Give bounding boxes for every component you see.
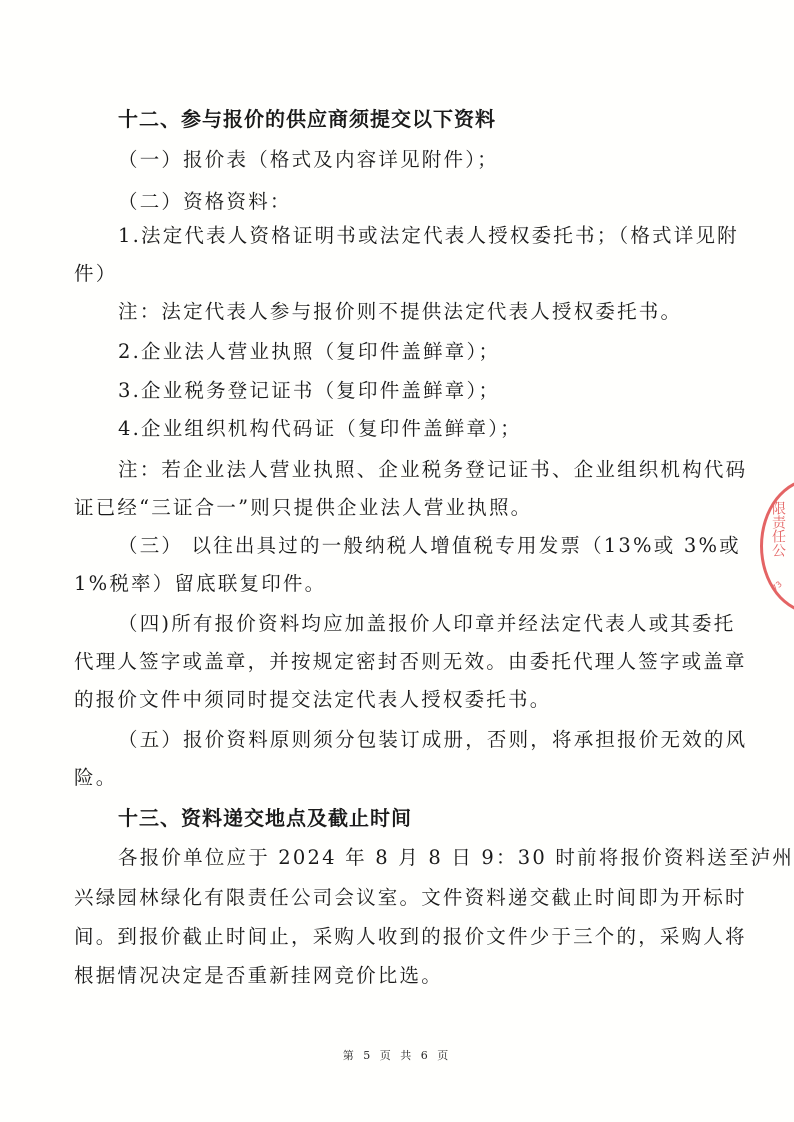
deadline-paragraph-4: 根据情况决定是否重新挂网竞价比选。	[74, 964, 443, 988]
section-12-heading: 十二、参与报价的供应商须提交以下资料	[118, 107, 496, 131]
item-3-invoice: （三） 以往出具过的一般纳税人增值税专用发票（13%或 3%或	[118, 534, 741, 558]
stamp-code: 0373	[762, 580, 783, 600]
note-2: 注：若企业法人营业执照、企业税务登记证书、企业组织机构代码	[118, 458, 747, 482]
item-4-seal-cont-1: 代理人签字或盖章，并按规定密封否则无效。由委托代理人签字或盖章	[74, 650, 747, 674]
deadline-paragraph-1: 各报价单位应于 2024 年 8 月 8 日 9：30 时前将报价资料送至泸州	[118, 846, 794, 870]
qualification-1: 1.法定代表人资格证明书或法定代表人授权委托书；（格式详见附	[118, 224, 739, 248]
qualification-4: 4.企业组织机构代码证（复印件盖鲜章）；	[118, 417, 522, 441]
item-3-invoice-cont: 1%税率）留底联复印件。	[74, 572, 326, 596]
qualification-3: 3.企业税务登记证书（复印件盖鲜章）；	[118, 379, 500, 403]
page-number-footer: 第 5 页 共 6 页	[0, 1047, 794, 1063]
qualification-2: 2.企业法人营业执照（复印件盖鲜章）；	[118, 340, 500, 364]
note-2-cont: 证已经“三证合一”则只提供企业法人营业执照。	[74, 496, 532, 520]
item-2-qualification: （二）资格资料：	[118, 190, 292, 214]
section-13-heading: 十三、资料递交地点及截止时间	[118, 806, 412, 830]
deadline-paragraph-3: 间。到报价截止时间止，采购人收到的报价文件少于三个的，采购人将	[74, 925, 747, 949]
qualification-1-cont: 件）	[74, 262, 117, 286]
stamp-text: 限责任公	[769, 501, 787, 557]
item-5-binding-cont: 险。	[74, 766, 117, 790]
document-page: 十二、参与报价的供应商须提交以下资料 （一）报价表（格式及内容详见附件）； （二…	[0, 0, 794, 1122]
item-5-binding: （五）报价资料原则须分包装订成册，否则，将承担报价无效的风	[118, 728, 747, 752]
item-4-seal: （四)所有报价资料均应加盖报价人印章并经法定代表人或其委托	[118, 612, 735, 636]
note-1: 注：法定代表人参与报价则不提供法定代表人授权委托书。	[118, 300, 682, 324]
deadline-paragraph-2: 兴绿园林绿化有限责任公司会议室。文件资料递交截止时间即为开标时	[74, 886, 747, 910]
red-seal-stamp: 限责任公 0373	[760, 478, 794, 614]
item-1-price-sheet: （一）报价表（格式及内容详见附件）；	[118, 148, 499, 172]
item-4-seal-cont-2: 的报价文件中须同时提交法定代表人授权委托书。	[74, 688, 551, 712]
